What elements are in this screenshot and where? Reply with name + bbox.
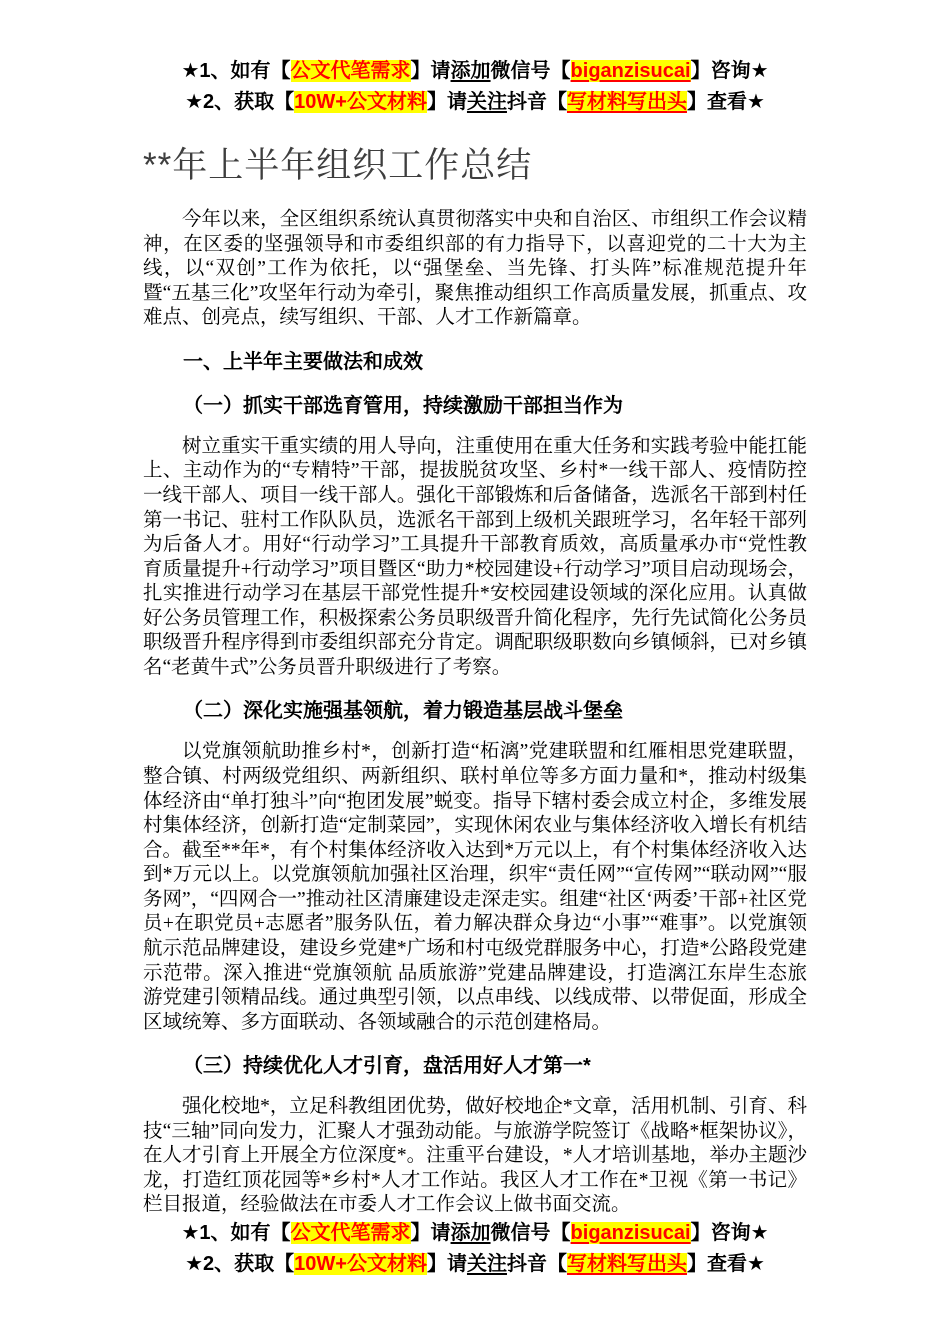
document-page: ★1、如有【公文代笔需求】请添加微信号【biganzisucai】咨询★ ★2、… (0, 0, 950, 1344)
promo-footer-line1-add-action: 添加 (451, 1222, 491, 1244)
promo-line1-add-action: 添加 (451, 60, 491, 82)
promo-footer-line2-douyin-name: 写材料写出头 (567, 1253, 687, 1275)
promo-footer-line1-prefix: ★1、如有【 (181, 1222, 290, 1244)
promo-footer-line1-suffix: 】咨询★ (691, 1222, 769, 1244)
intro-paragraph: 今年以来，全区组织系统认真贯彻落实中央和自治区、市组织工作会议精神，在区委的坚强… (143, 208, 807, 331)
promo-footer-line2-mid2: 抖音【 (507, 1253, 567, 1275)
promo-header: ★1、如有【公文代笔需求】请添加微信号【biganzisucai】咨询★ ★2、… (143, 56, 807, 118)
promo-line1-wechat-id: biganzisucai (571, 60, 691, 82)
subsection-1-2-body: 以党旗领航助推乡村*，创新打造“柘漓”党建联盟和红雁相思党建联盟，整合镇、村两级… (143, 740, 807, 1035)
subsection-1-3-heading: （三）持续优化人才引育，盘活用好人才第一* (143, 1053, 807, 1079)
promo-footer-line2-prefix: ★2、获取【 (185, 1253, 294, 1275)
promo-line1-service-highlight: 公文代笔需求 (291, 60, 411, 82)
promo-footer-line2-mid1: 】请 (427, 1253, 467, 1275)
promo-line2-suffix: 】查看★ (687, 91, 765, 113)
promo-footer-line2-material-highlight: 10W+公文材料 (294, 1253, 427, 1275)
subsection-1-2-heading: （二）深化实施强基领航，着力锻造基层战斗堡垒 (143, 698, 807, 724)
promo-line2-follow-action: 关注 (467, 91, 507, 113)
promo-footer-line1-mid2: 微信号【 (491, 1222, 571, 1244)
subsection-1-1-heading: （一）抓实干部选育管用，持续激励干部担当作为 (143, 393, 807, 419)
subsection-1-1-body: 树立重实干重实绩的用人导向，注重使用在重大任务和实践考验中能扛能上、主动作为的“… (143, 435, 807, 681)
promo-footer-line-2: ★2、获取【10W+公文材料】请关注抖音【写材料写出头】查看★ (143, 1249, 807, 1280)
promo-line1-prefix: ★1、如有【 (181, 60, 290, 82)
promo-line2-douyin-name: 写材料写出头 (567, 91, 687, 113)
promo-footer-line1-mid1: 】请 (411, 1222, 451, 1244)
promo-line2-prefix: ★2、获取【 (185, 91, 294, 113)
promo-footer: ★1、如有【公文代笔需求】请添加微信号【biganzisucai】咨询★ ★2、… (143, 1218, 807, 1280)
promo-footer-line1-service-highlight: 公文代笔需求 (291, 1222, 411, 1244)
subsection-1-3-body: 强化校地*，立足科教组团优势，做好校地企*文章，活用机制、引育、科技“三轴”同向… (143, 1095, 807, 1218)
promo-line2-material-highlight: 10W+公文材料 (294, 91, 427, 113)
promo-footer-line-1: ★1、如有【公文代笔需求】请添加微信号【biganzisucai】咨询★ (143, 1218, 807, 1249)
section-1-heading: 一、上半年主要做法和成效 (143, 349, 807, 375)
promo-header-line-2: ★2、获取【10W+公文材料】请关注抖音【写材料写出头】查看★ (143, 87, 807, 118)
promo-footer-line2-suffix: 】查看★ (687, 1253, 765, 1275)
promo-line1-mid2: 微信号【 (491, 60, 571, 82)
promo-line2-mid1: 】请 (427, 91, 467, 113)
promo-footer-line2-follow-action: 关注 (467, 1253, 507, 1275)
promo-line1-mid1: 】请 (411, 60, 451, 82)
promo-line1-suffix: 】咨询★ (691, 60, 769, 82)
document-title: **年上半年组织工作总结 (143, 144, 807, 188)
promo-header-line-1: ★1、如有【公文代笔需求】请添加微信号【biganzisucai】咨询★ (143, 56, 807, 87)
promo-footer-line1-wechat-id: biganzisucai (571, 1222, 691, 1244)
promo-line2-mid2: 抖音【 (507, 91, 567, 113)
